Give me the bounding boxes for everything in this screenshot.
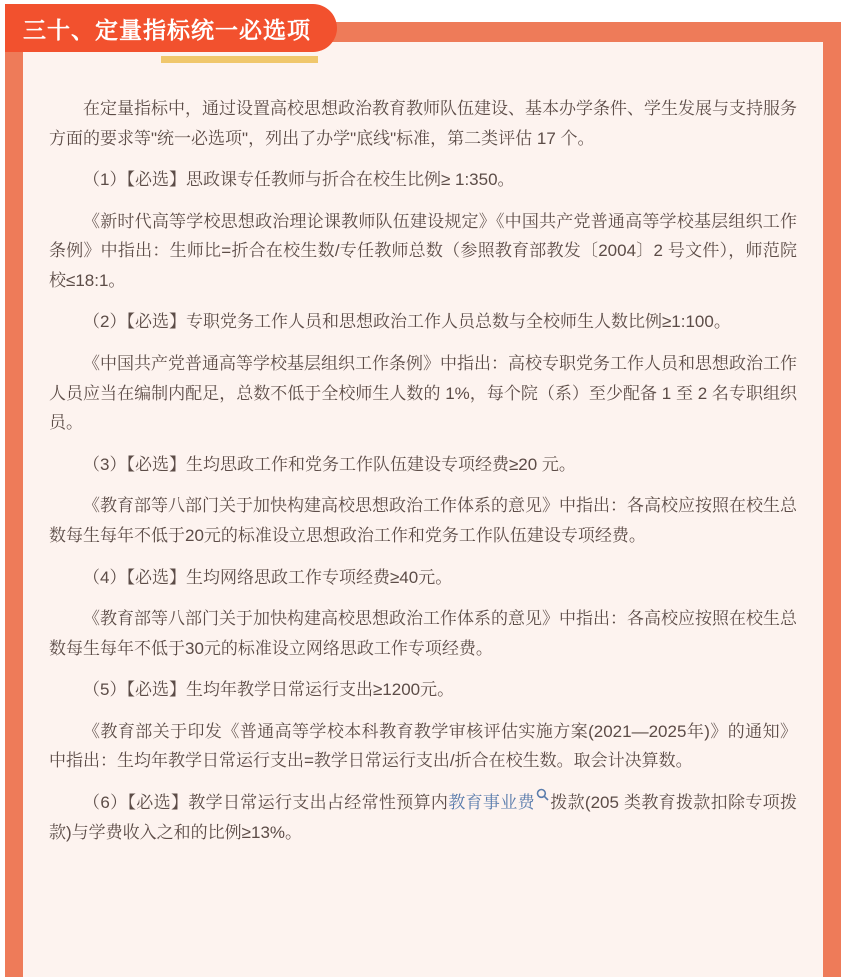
article-page: { "header": { "title": "三十、定量指标统一必选项" },… (0, 0, 841, 977)
item-3-requirement: （3）【必选】生均思政工作和党务工作队伍建设专项经费≥20 元。 (49, 450, 797, 480)
item-2-basis: 《中国共产党普通高等学校基层组织工作条例》中指出：高校专职党务工作人员和思想政治… (49, 349, 797, 438)
item-1-requirement: （1）【必选】思政课专任教师与折合在校生比例≥ 1:350。 (49, 165, 797, 195)
item-5-basis: 《教育部关于印发《普通高等学校本科教育教学审核评估实施方案(2021—2025年… (49, 717, 797, 776)
item-3-basis: 《教育部等八部门关于加快构建高校思想政治工作体系的意见》中指出：各高校应按照在校… (49, 491, 797, 550)
section-title: 三十、定量指标统一必选项 (23, 12, 311, 45)
item-6-text-before: （6）【必选】教学日常运行支出占经常性预算内 (83, 793, 448, 812)
item-2-requirement: （2）【必选】专职党务工作人员和思想政治工作人员总数与全校师生人数比例≥1:10… (49, 307, 797, 337)
item-6-requirement: （6）【必选】教学日常运行支出占经常性预算内教育事业费拨款(205 类教育拨款扣… (49, 788, 797, 847)
item-4-requirement: （4）【必选】生均网络思政工作专项经费≥40元。 (49, 563, 797, 593)
gold-underline-bar (161, 56, 318, 63)
section-title-badge: 三十、定量指标统一必选项 (5, 4, 337, 52)
item-4-basis: 《教育部等八部门关于加快构建高校思想政治工作体系的意见》中指出：各高校应按照在校… (49, 604, 797, 663)
item-1-basis: 《新时代高等学校思想政治理论课教师队伍建设规定》《中国共产党普通高等学校基层组织… (49, 207, 797, 296)
intro-paragraph: 在定量指标中，通过设置高校思想政治教育教师队伍建设、基本办学条件、学生发展与支持… (49, 94, 797, 153)
item-5-requirement: （5）【必选】生均年教学日常运行支出≥1200元。 (49, 675, 797, 705)
education-fund-term-link[interactable]: 教育事业费 (448, 793, 535, 812)
orange-frame: 在定量指标中，通过设置高校思想政治教育教师队伍建设、基本办学条件、学生发展与支持… (5, 22, 841, 977)
article-body: 在定量指标中，通过设置高校思想政治教育教师队伍建设、基本办学条件、学生发展与支持… (23, 42, 823, 977)
search-icon[interactable] (536, 788, 549, 801)
